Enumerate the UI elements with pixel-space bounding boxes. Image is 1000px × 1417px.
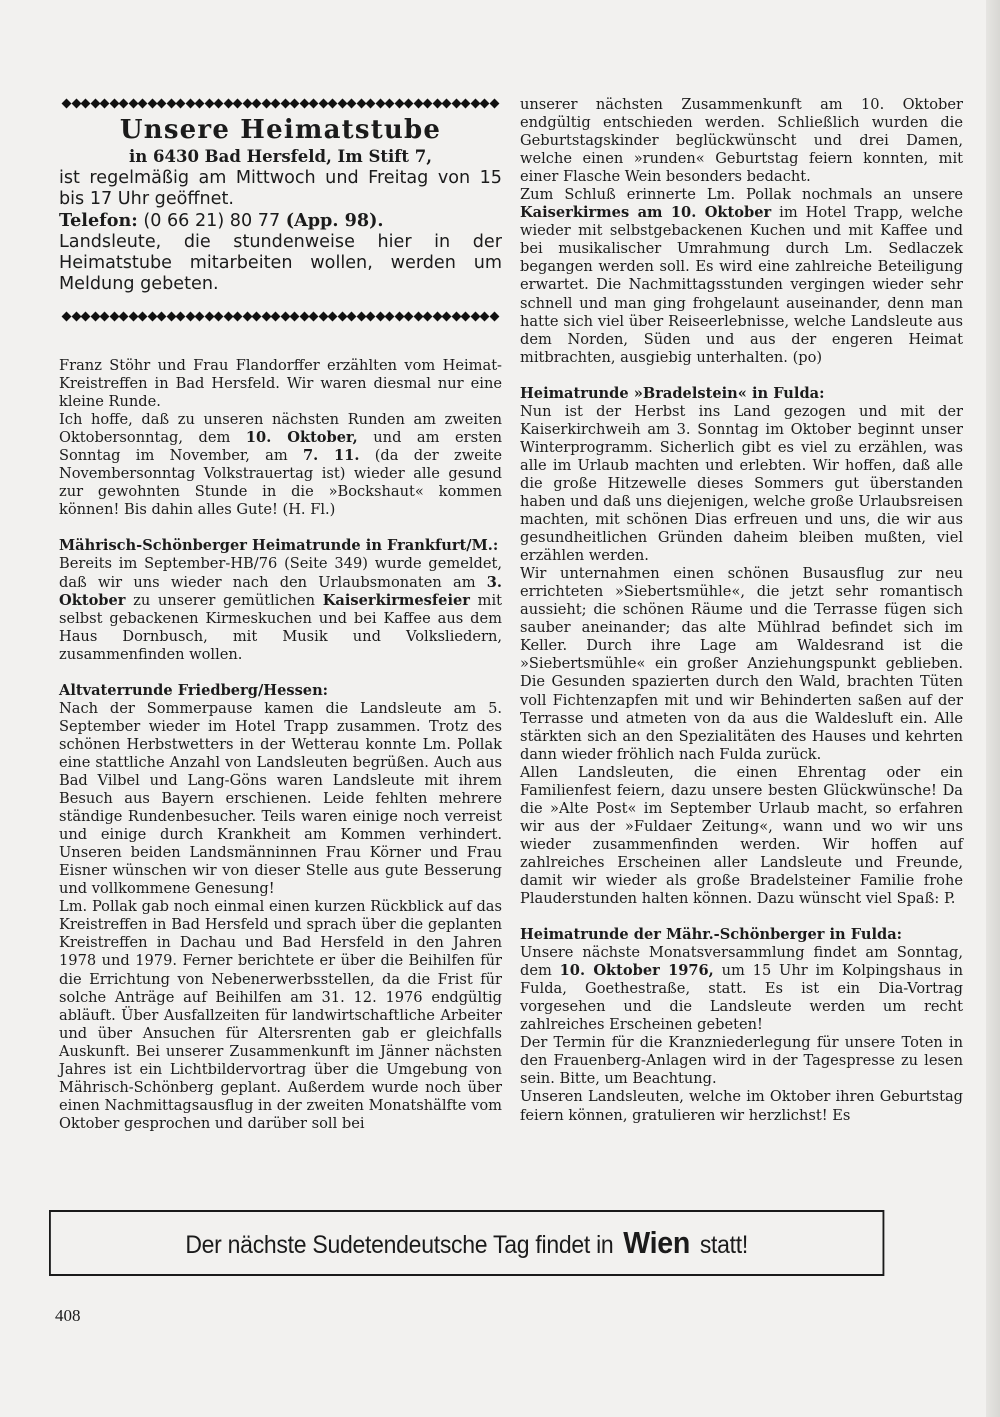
diamond-ornament-icon [119, 311, 129, 321]
date-emphasis: 10. Oktober 1976, [560, 962, 714, 979]
diamond-ornament-icon [271, 98, 281, 108]
diamond-ornament-icon [328, 98, 338, 108]
friedberg-paragraph-2: Lm. Pollak gab noch einmal einen kurzen … [59, 898, 502, 1133]
diamond-ornament-icon [252, 311, 262, 321]
right-column: unserer nächsten Zusammenkunft am 10. Ok… [520, 96, 963, 1125]
diamond-ornament-icon [195, 311, 205, 321]
banner-text-before: Der nächste Sudetendeutsche Tag findet i… [185, 1231, 613, 1259]
diamond-ornament-icon [347, 311, 357, 321]
diamond-ornament-icon [176, 98, 186, 108]
phone-extension: (App. 98). [286, 210, 384, 231]
diamond-ornament-icon [423, 311, 433, 321]
text: Bereits im September-HB/76 (Seite 349) w… [59, 555, 502, 590]
volunteer-request: Landsleute, die stundenweise hier in der… [59, 232, 502, 295]
diamond-ornament-icon [309, 311, 319, 321]
diamond-ornament-icon [157, 98, 167, 108]
diamond-ornament-icon [81, 311, 91, 321]
diamond-ornament-icon [119, 98, 129, 108]
sudetendeutscher-tag-banner: Der nächste Sudetendeutsche Tag findet i… [49, 1210, 884, 1276]
diamond-ornament-icon [62, 98, 72, 108]
banner-text: Der nächste Sudetendeutsche Tag findet i… [185, 1225, 748, 1261]
diamond-ornament-icon [271, 311, 281, 321]
friedberg-continued-paragraph-1: unserer nächsten Zusammenkunft am 10. Ok… [520, 96, 963, 186]
bradelstein-paragraph-2: Wir unternahmen einen schönen Busausflug… [520, 565, 963, 764]
diamond-ornament-icon [290, 98, 300, 108]
section-heading-friedberg: Altvaterrunde Friedberg/Hessen: [59, 682, 502, 700]
diamond-ornament-icon [366, 98, 376, 108]
diamond-ornament-icon [138, 98, 148, 108]
diamond-ornament-icon [489, 98, 499, 108]
text: zu unserer gemütlichen [125, 592, 322, 609]
phone-line: Telefon: (0 66 21) 80 77 (App. 98). [59, 210, 502, 232]
date-emphasis: 7. 11. [303, 447, 359, 464]
diamond-ornament-icon [214, 98, 224, 108]
diamond-ornament-icon [489, 311, 499, 321]
diamond-ornament-icon [461, 311, 471, 321]
diamond-ornament-icon [81, 98, 91, 108]
diamond-ornament-icon [100, 311, 110, 321]
fulda-paragraph-1: Unsere nächste Monatsversammlung findet … [520, 944, 963, 1034]
diamond-ornament-icon [195, 98, 205, 108]
diamond-ornament-icon [138, 311, 148, 321]
banner-highlight-city: Wien [623, 1225, 690, 1260]
diamond-ornament-icon [404, 98, 414, 108]
bradelstein-paragraph-1: Nun ist der Herbst ins Land gezogen und … [520, 403, 963, 565]
diamond-ornament-icon [233, 311, 243, 321]
diamond-ornament-icon [62, 311, 72, 321]
friedberg-continued-paragraph-2: Zum Schluß erinnerte Lm. Pollak nochmals… [520, 186, 963, 366]
bradelstein-paragraph-3: Allen Landsleuten, die einen Ehrentag od… [520, 764, 963, 908]
section-heading-frankfurt: Mährisch-Schönberger Heimatrunde in Fran… [59, 537, 502, 555]
heimatstube-body: ist regelmäßig am Mittwoch und Freitag v… [59, 168, 502, 295]
diamond-ornament-icon [252, 98, 262, 108]
diamond-ornament-icon [290, 311, 300, 321]
diamond-ornament-icon [385, 98, 395, 108]
diamond-ornament-icon [100, 98, 110, 108]
diamond-ornament-icon [404, 311, 414, 321]
diamond-ornament-icon [309, 98, 319, 108]
text: im Hotel Trapp, welche wieder mit selbst… [520, 204, 963, 365]
friedberg-paragraph-1: Nach der Sommerpause kamen die Landsleut… [59, 700, 502, 899]
diamond-ornament-icon [214, 311, 224, 321]
banner-text-after: statt! [700, 1231, 748, 1259]
diamond-ornament-icon [366, 311, 376, 321]
left-column: Unsere Heimatstube in 6430 Bad Hersfeld,… [59, 92, 502, 1133]
intro-paragraph-1: Franz Stöhr und Frau Flandorffer erzählt… [59, 357, 502, 411]
diamond-ornament-icon [176, 311, 186, 321]
diamond-rule-bottom [59, 309, 502, 323]
heimatstube-notice-box: Unsere Heimatstube in 6430 Bad Hersfeld,… [59, 96, 502, 323]
phone-label: Telefon: [59, 210, 138, 231]
diamond-ornament-icon [480, 98, 490, 108]
text: Zum Schluß erinnerte Lm. Pollak nochmals… [520, 186, 963, 203]
diamond-ornament-icon [233, 98, 243, 108]
frankfurt-paragraph: Bereits im September-HB/76 (Seite 349) w… [59, 555, 502, 663]
heimatstube-title: Unsere Heimatstube [59, 114, 502, 146]
diamond-ornament-icon [423, 98, 433, 108]
phone-number: (0 66 21) 80 77 [143, 211, 280, 231]
heimatstube-address: in 6430 Bad Hersfeld, Im Stift 7, [59, 146, 502, 168]
diamond-ornament-icon [347, 98, 357, 108]
diamond-ornament-icon [461, 98, 471, 108]
event-emphasis: Kaiserkirmesfeier [323, 592, 470, 609]
opening-hours: ist regelmäßig am Mittwoch und Freitag v… [59, 168, 502, 210]
section-heading-fulda-schoenberger: Heimatrunde der Mähr.-Schönberger in Ful… [520, 926, 963, 944]
diamond-rule-top [59, 96, 502, 110]
diamond-ornament-icon [442, 98, 452, 108]
section-heading-bradelstein: Heimatrunde »Bradelstein« in Fulda: [520, 385, 963, 403]
diamond-ornament-icon [480, 311, 490, 321]
diamond-ornament-icon [385, 311, 395, 321]
diamond-ornament-icon [442, 311, 452, 321]
diamond-ornament-icon [157, 311, 167, 321]
event-emphasis: Kaiserkirmes am 10. Oktober [520, 204, 771, 221]
fulda-paragraph-3: Unseren Landsleuten, welche im Oktober i… [520, 1088, 963, 1124]
date-emphasis: 10. Oktober, [246, 429, 358, 446]
diamond-ornament-icon [328, 311, 338, 321]
page-number: 408 [55, 1306, 81, 1326]
fulda-paragraph-2: Der Termin für die Kranzniederlegung für… [520, 1034, 963, 1088]
page-edge-shadow [986, 0, 1000, 1417]
intro-paragraph-2: Ich hoffe, daß zu unseren nächsten Runde… [59, 411, 502, 519]
